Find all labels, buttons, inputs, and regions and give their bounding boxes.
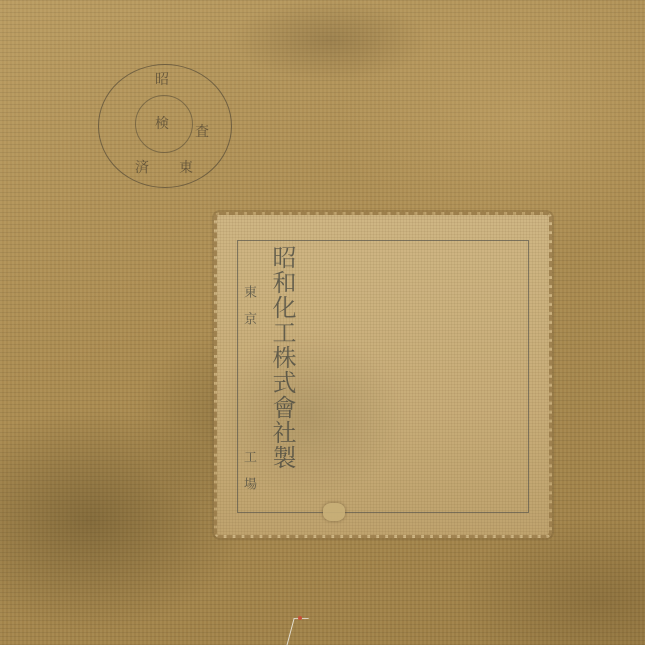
stamp-glyph: 検 — [155, 113, 169, 133]
location-text-top: 東京 — [239, 285, 258, 339]
stamp-glyph: 済 — [135, 157, 149, 177]
stamp-glyph: 昭 — [155, 69, 169, 89]
stamp-glyph: 東 — [179, 157, 193, 177]
canvas-fabric-photo: 昭 検 査 済 東 昭和化工株式會社製 東京 工場 — [0, 0, 645, 645]
location-text-bottom: 工場 — [239, 450, 258, 504]
fabric-tear — [323, 503, 345, 521]
maker-name-text: 昭和化工株式會社製 — [265, 245, 300, 470]
ink-stamp: 昭 検 査 済 東 — [98, 64, 232, 188]
stamp-glyph: 査 — [195, 121, 209, 141]
loose-thread — [286, 618, 309, 645]
maker-label: 昭和化工株式會社製 東京 工場 — [214, 212, 552, 538]
thread-tip-mark — [298, 616, 302, 620]
